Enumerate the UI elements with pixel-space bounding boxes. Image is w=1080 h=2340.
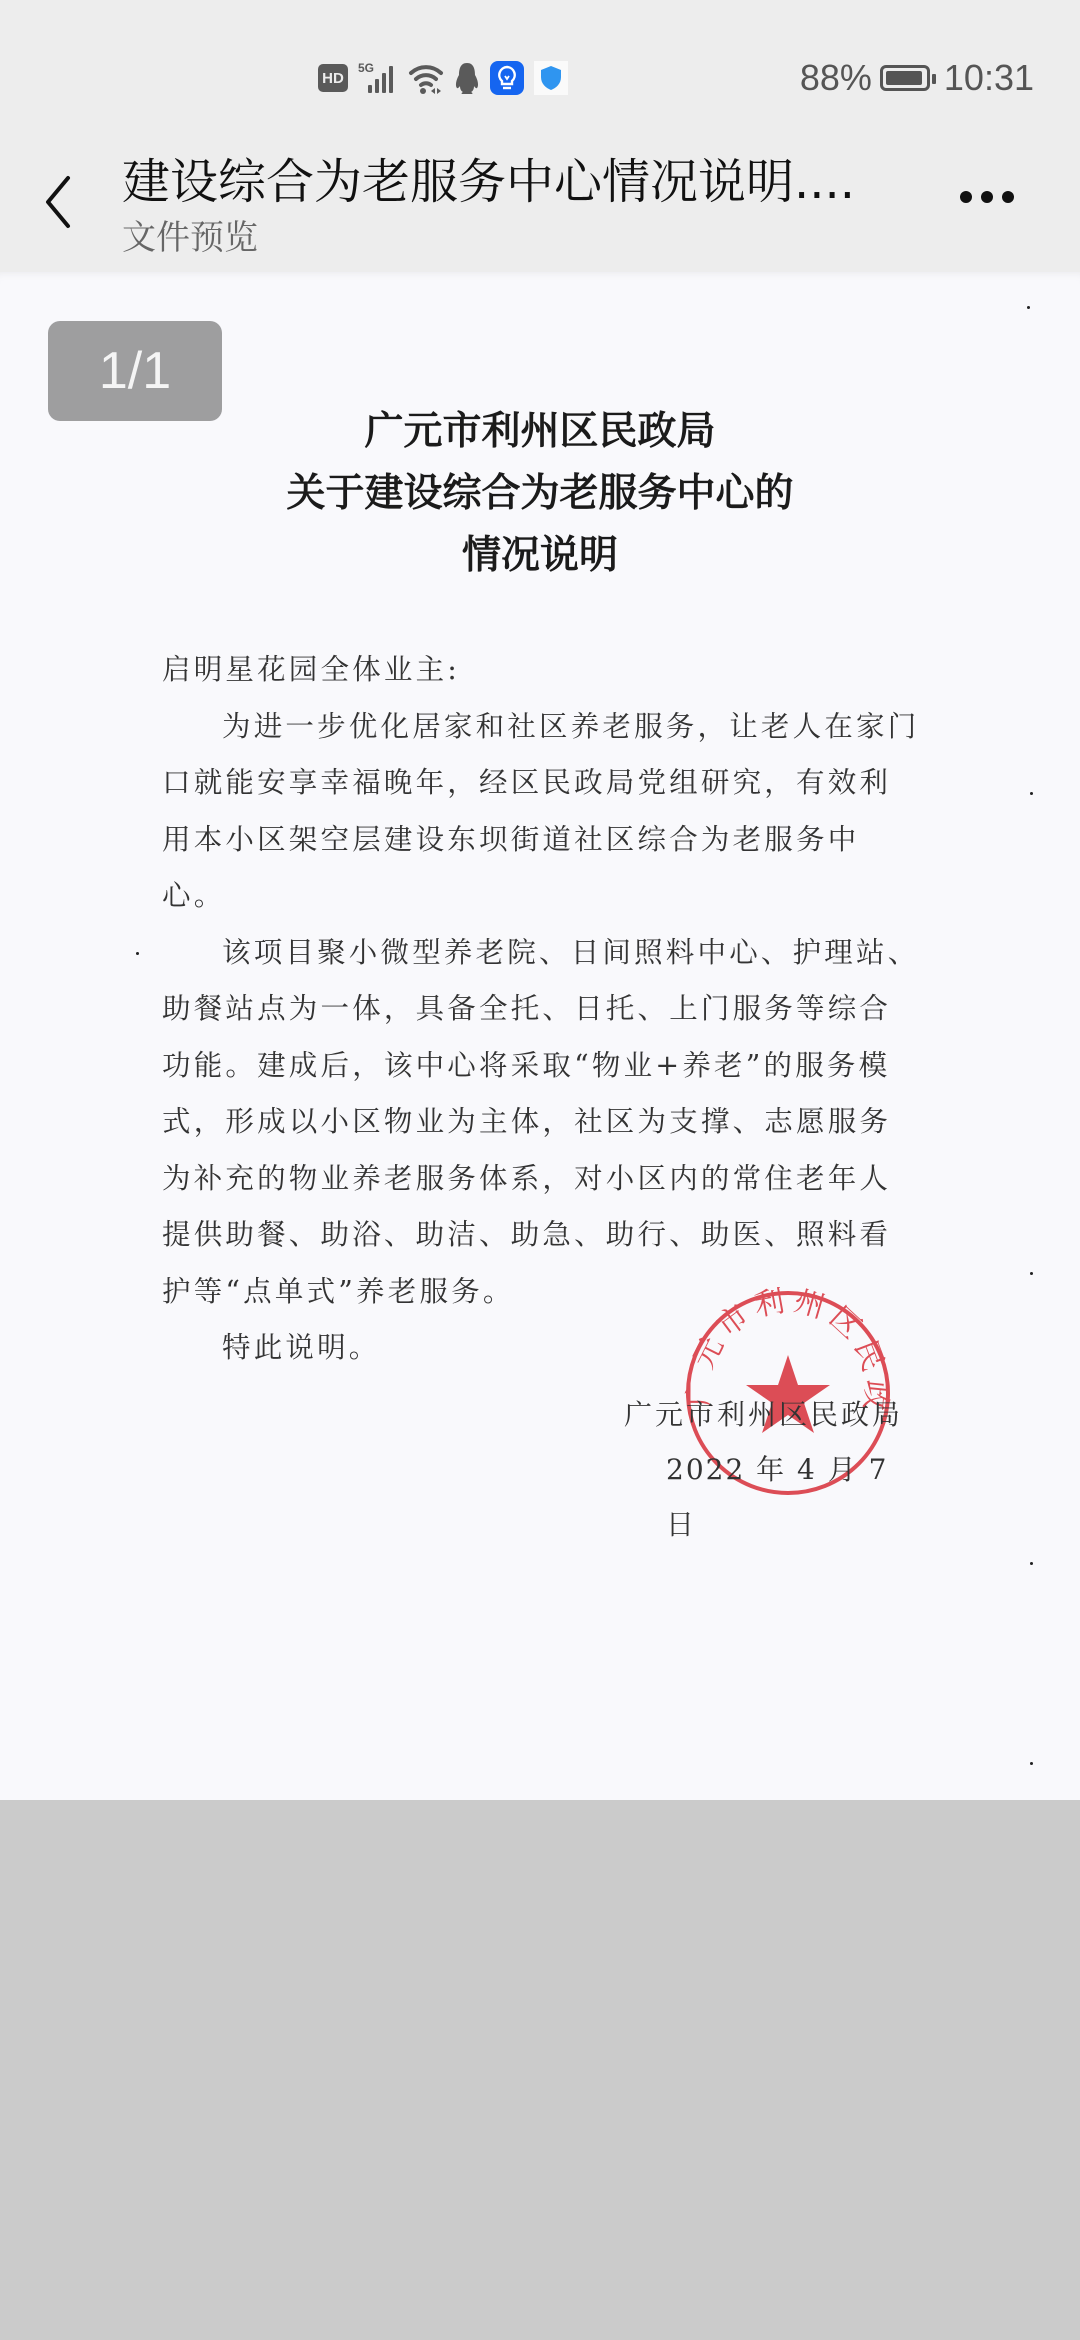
doc-body: 启明星花园全体业主: 为进一步优化居家和社区养老服务，让老人在家门口就能安享幸福… [162,642,922,1377]
scan-speck [1030,1562,1033,1565]
shield-app-icon [534,61,568,95]
wifi-icon [408,61,444,95]
network-type-label: 5G [358,61,374,75]
signature-date: 2022 年 4 月 7 日 [624,1442,924,1552]
scan-speck [136,952,139,955]
status-bar: HD 5G 88% 10:31 [0,0,1080,120]
qq-icon [454,61,480,95]
scan-speck [1030,792,1033,795]
signature-organization: 广元市利州区民政局 [624,1387,924,1442]
battery-icon [880,65,930,91]
hd-icon: HD [318,64,348,92]
paragraph-2: 该项目聚小微型养老院、日间照料中心、护理站、助餐站点为一体，具备全托、日托、上门… [162,925,922,1321]
5g-signal-icon: 5G [358,61,398,95]
more-dot [1002,191,1014,203]
file-subtitle: 文件预览 [122,216,258,260]
back-button[interactable] [36,172,86,232]
battery-percent: 88% [800,57,872,99]
doc-heading-line-3: 情况说明 [0,524,1080,586]
more-dots-icon [960,191,972,203]
signature-block: 广元市利州区民政局 2022 年 4 月 7 日 [624,1387,924,1552]
scan-speck [1030,1762,1033,1765]
file-title: 建设综合为老服务中心情况说明.... [122,152,902,212]
clock: 10:31 [944,57,1034,99]
status-right: 88% 10:31 [800,54,1034,102]
doc-heading-line-1: 广元市利州区民政局 [0,400,1080,462]
hd-label: HD [322,70,344,87]
scan-speck [1027,306,1030,309]
app-bar: 建设综合为老服务中心情况说明.... 文件预览 [0,120,1080,272]
more-button[interactable] [960,182,1030,212]
document-page[interactable]: 1/1 广元市利州区民政局 关于建设综合为老服务中心的 情况说明 启明星花园全体… [0,272,1080,1800]
scan-speck [1030,1272,1033,1275]
doc-heading-line-2: 关于建设综合为老服务中心的 [0,462,1080,524]
status-icons: HD 5G [318,60,568,96]
paragraph-1: 为进一步优化居家和社区养老服务，让老人在家门口就能安享幸福晚年，经区民政局党组研… [162,699,922,925]
bulb-app-icon [490,61,524,95]
more-dot [981,191,993,203]
chevron-left-icon [36,172,86,232]
salutation: 启明星花园全体业主: [162,642,922,699]
